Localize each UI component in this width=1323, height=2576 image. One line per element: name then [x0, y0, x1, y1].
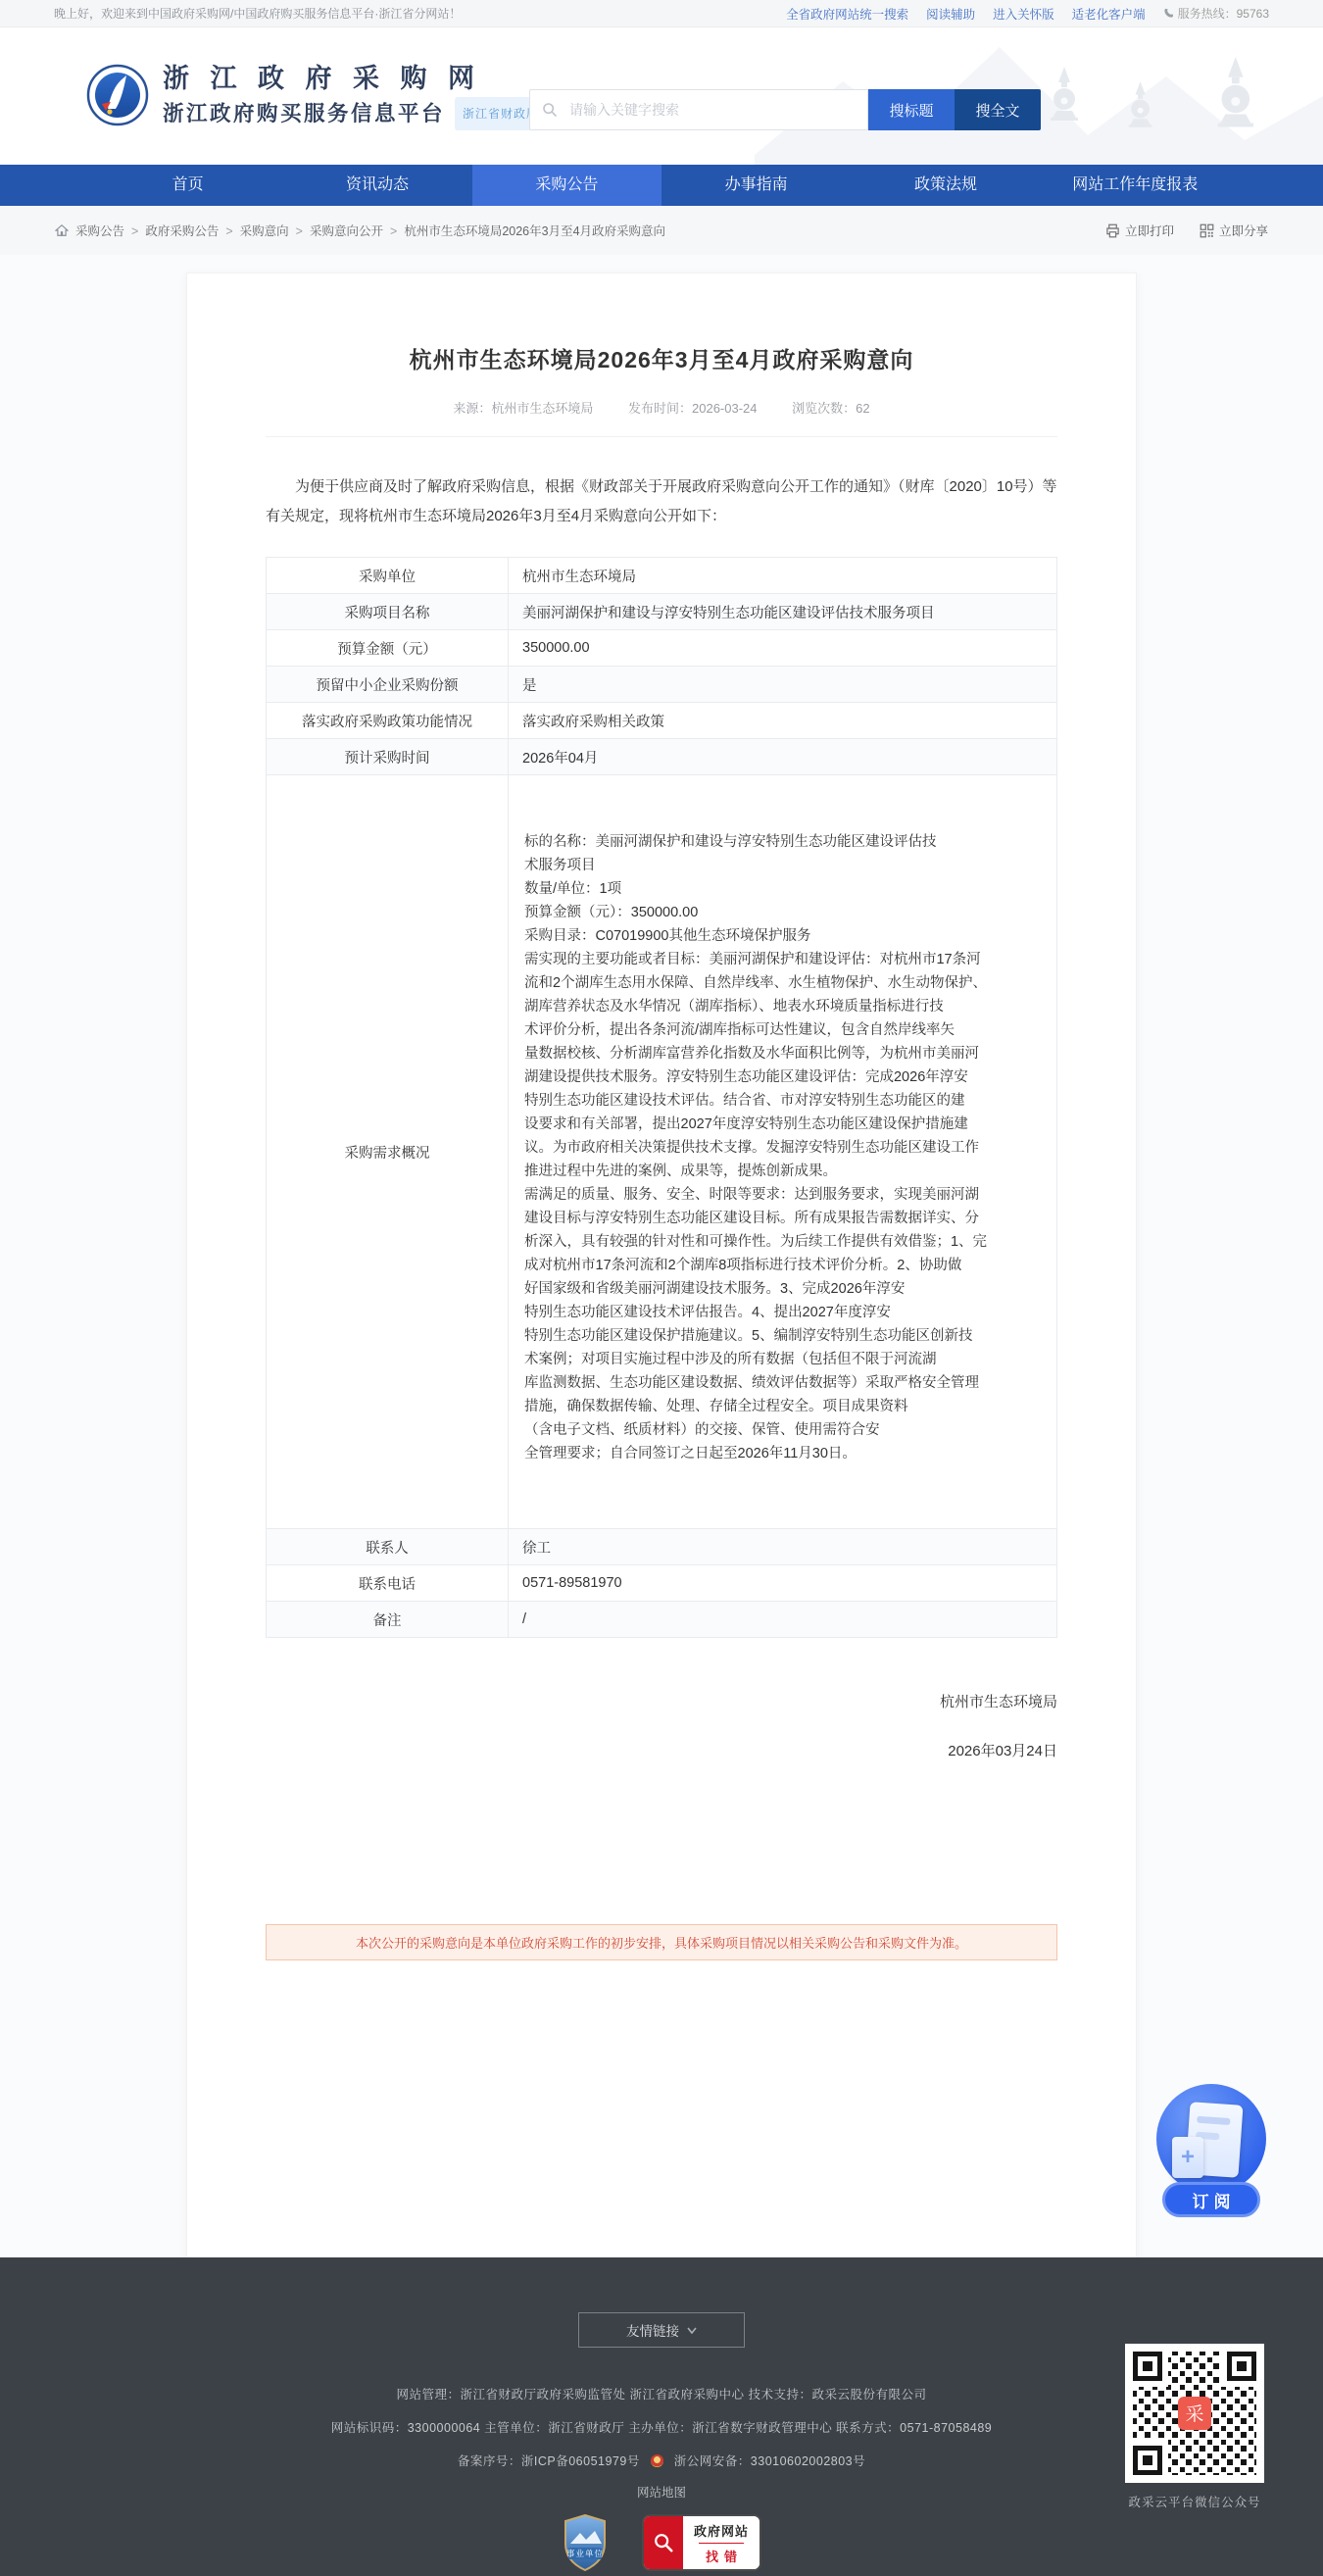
disclaimer-notice: 本次公开的采购意向是本单位政府采购工作的初步安排，具体采购项目情况以相关采购公告…: [266, 1924, 1057, 1960]
meta-views: 浏览次数：62: [792, 401, 869, 416]
breadcrumb: 采购公告 政府采购公告 采购意向 采购意向公开 杭州市生态环境局2026年3月至…: [55, 222, 665, 239]
phone-icon: [1163, 8, 1174, 19]
breadcrumb-item-2[interactable]: 采购意向: [240, 222, 310, 239]
row-label: 采购需求概况: [267, 775, 509, 1529]
article-meta: 来源：杭州市生态环境局 发布时间：2026-03-24 浏览次数：62: [266, 398, 1057, 417]
site-name: 浙 江 政 府 采 购 网: [163, 64, 547, 93]
top-utility-bar: 晚上好，欢迎来到中国政府采购网/中国政府购买服务信息平台·浙江省分网站！ 全省政…: [0, 0, 1323, 27]
search-fulltext-button[interactable]: 搜全文: [955, 89, 1041, 130]
table-row: 预算金额（元） 350000.00: [267, 630, 1057, 667]
main-nav: 首页 资讯动态 采购公告 办事指南 政策法规 网站工作年度报表: [0, 165, 1323, 206]
error-report-magnifier-icon: [644, 2516, 683, 2569]
site-logo[interactable]: 浙 江 政 府 采 购 网 浙江政府购买服务信息平台 浙江省财政厅: [86, 64, 547, 130]
site-footer: 友情链接 网站管理：浙江省财政厅政府采购监管处 浙江省政府采购中心 技术支持：政…: [0, 2257, 1323, 2576]
table-row-demand-overview: 采购需求概况 标的名称：美丽河湖保护和建设与淳安特别生态功能区建设评估技 术服务…: [267, 775, 1057, 1529]
row-value: 2026年04月: [509, 739, 1057, 775]
row-label: 联系人: [267, 1529, 509, 1565]
meta-divider: [266, 436, 1057, 437]
site-subname: 浙江政府购买服务信息平台: [163, 100, 445, 127]
breadcrumb-bar: 采购公告 政府采购公告 采购意向 采购意向公开 杭州市生态环境局2026年3月至…: [0, 206, 1323, 255]
site-search: 搜标题 搜全文: [529, 89, 1041, 130]
main-content: 杭州市生态环境局2026年3月至4月政府采购意向 来源：杭州市生态环境局 发布时…: [0, 255, 1323, 2257]
row-label: 预留中小企业采购份额: [267, 667, 509, 703]
site-title-block: 浙 江 政 府 采 购 网 浙江政府购买服务信息平台 浙江省财政厅: [163, 64, 547, 130]
national-emblem-icon: [651, 2454, 663, 2467]
reading-aid-link[interactable]: 阅读辅助: [926, 5, 975, 23]
table-row: 落实政府采购政策功能情况 落实政府采购相关政策: [267, 703, 1057, 739]
row-label: 采购项目名称: [267, 594, 509, 630]
page: 晚上好，欢迎来到中国政府采购网/中国政府购买服务信息平台·浙江省分网站！ 全省政…: [0, 0, 1323, 2576]
breadcrumb-item-3[interactable]: 采购意向公开: [310, 222, 404, 239]
table-row: 备注 /: [267, 1602, 1057, 1638]
table-row: 联系人 徐工: [267, 1529, 1057, 1565]
care-version-link[interactable]: 进入关怀版: [993, 5, 1054, 23]
sitemap-link[interactable]: 网站地图: [637, 2486, 686, 2500]
svg-text:采: 采: [1185, 2403, 1203, 2425]
print-icon: [1105, 223, 1120, 238]
table-row: 预计采购时间 2026年04月: [267, 739, 1057, 775]
share-qr-icon: [1200, 223, 1214, 238]
qr-caption: 政采云平台微信公众号: [1123, 2493, 1266, 2510]
wechat-qr-block: 采 政采云平台微信公众号: [1123, 2344, 1266, 2510]
page-actions: 立即打印 立即分享: [1105, 222, 1268, 239]
nav-item-home[interactable]: 首页: [93, 165, 282, 206]
article-card: 杭州市生态环境局2026年3月至4月政府采购意向 来源：杭州市生态环境局 发布时…: [186, 272, 1137, 2257]
row-value: 落实政府采购相关政策: [509, 703, 1057, 739]
subscribe-add-icon: +: [1172, 2137, 1203, 2178]
signature-org: 杭州市生态环境局: [266, 1693, 1057, 1712]
print-button[interactable]: 立即打印: [1105, 222, 1174, 239]
site-subname-row: 浙江政府购买服务信息平台 浙江省财政厅: [163, 97, 547, 130]
row-value: 美丽河湖保护和建设与淳安特别生态功能区建设评估技术服务项目: [509, 594, 1057, 630]
breadcrumb-item-0[interactable]: 采购公告: [75, 222, 145, 239]
breadcrumb-item-1[interactable]: 政府采购公告: [145, 222, 239, 239]
row-label: 备注: [267, 1602, 509, 1638]
gov-site-error-report-badge[interactable]: 政府网站 找错: [642, 2514, 761, 2571]
meta-source: 来源：杭州市生态环境局: [453, 401, 593, 416]
page-title: 杭州市生态环境局2026年3月至4月政府采购意向: [266, 342, 1057, 374]
row-value: 徐工: [509, 1529, 1057, 1565]
main-nav-inner: 首页 资讯动态 采购公告 办事指南 政策法规 网站工作年度报表: [93, 165, 1230, 206]
subscribe-label: 订阅: [1162, 2182, 1260, 2217]
row-value: 杭州市生态环境局: [509, 558, 1057, 594]
row-value-demand-overview: 标的名称：美丽河湖保护和建设与淳安特别生态功能区建设评估技 术服务项目 数量/单…: [509, 775, 1057, 1529]
table-row: 预留中小企业采购份额 是: [267, 667, 1057, 703]
error-badge-title: 政府网站: [694, 2521, 749, 2540]
icp-record[interactable]: 备案序号：浙ICP备06051979号: [458, 2454, 640, 2468]
signature-date: 2026年03月24日: [266, 1742, 1057, 1761]
nav-item-policies[interactable]: 政策法规: [851, 165, 1040, 206]
topbar-links: 全省政府网站统一搜索 阅读辅助 进入关怀版 适老化客户端 服务热线：95763: [786, 5, 1269, 23]
search-box: [529, 89, 868, 130]
row-label: 预计采购时间: [267, 739, 509, 775]
table-row: 采购单位 杭州市生态环境局: [267, 558, 1057, 594]
row-label: 预算金额（元）: [267, 630, 509, 667]
row-label: 联系电话: [267, 1565, 509, 1602]
nav-item-service-guide[interactable]: 办事指南: [661, 165, 851, 206]
greeting-text: 晚上好，欢迎来到中国政府采购网/中国政府购买服务信息平台·浙江省分网站！: [54, 5, 461, 22]
row-value: 0571-89581970: [509, 1565, 1057, 1602]
service-hotline: 服务热线：95763: [1163, 5, 1269, 22]
home-icon[interactable]: [55, 223, 69, 237]
row-label: 落实政府采购政策功能情况: [267, 703, 509, 739]
public-institution-badge[interactable]: 事业单位: [562, 2514, 609, 2571]
subscribe-float-button[interactable]: + 订阅: [1152, 2084, 1270, 2217]
search-input[interactable]: [529, 89, 868, 130]
security-record[interactable]: 浙公网安备：33010602002803号: [674, 2454, 865, 2468]
chevron-down-icon: [687, 2327, 697, 2334]
search-icon: [542, 102, 558, 118]
friend-links-dropdown[interactable]: 友情链接: [578, 2312, 745, 2348]
search-title-button[interactable]: 搜标题: [868, 89, 955, 130]
breadcrumb-item-current: 杭州市生态环境局2026年3月至4月政府采购意向: [404, 222, 665, 239]
nav-item-annual-report[interactable]: 网站工作年度报表: [1041, 165, 1230, 206]
row-label: 采购单位: [267, 558, 509, 594]
svg-text:事业单位: 事业单位: [566, 2549, 604, 2558]
share-button[interactable]: 立即分享: [1200, 222, 1268, 239]
signature-block: 杭州市生态环境局 2026年03月24日: [266, 1693, 1057, 1761]
row-value: 是: [509, 667, 1057, 703]
table-row: 采购项目名称 美丽河湖保护和建设与淳安特别生态功能区建设评估技术服务项目: [267, 594, 1057, 630]
row-value: /: [509, 1602, 1057, 1638]
qr-code: 采: [1125, 2344, 1264, 2483]
nav-item-news[interactable]: 资讯动态: [282, 165, 471, 206]
site-emblem-icon: [86, 64, 149, 126]
footer-badges: 事业单位 政府网站 找错: [0, 2514, 1323, 2571]
procurement-table: 采购单位 杭州市生态环境局 采购项目名称 美丽河湖保护和建设与淳安特别生态功能区…: [266, 557, 1057, 1638]
site-header: 浙 江 政 府 采 购 网 浙江政府购买服务信息平台 浙江省财政厅 搜标题 搜全…: [0, 27, 1323, 165]
unified-search-link[interactable]: 全省政府网站统一搜索: [786, 5, 908, 23]
meta-publish-time: 发布时间：2026-03-24: [628, 401, 758, 416]
intro-paragraph: 为便于供应商及时了解政府采购信息，根据《财政部关于开展政府采购意向公开工作的通知…: [266, 472, 1057, 531]
nav-item-procurement-notices[interactable]: 采购公告: [472, 165, 661, 206]
table-row: 联系电话 0571-89581970: [267, 1565, 1057, 1602]
elder-client-link[interactable]: 适老化客户端: [1072, 5, 1146, 23]
row-value: 350000.00: [509, 630, 1057, 667]
error-badge-subtitle: 找错: [700, 2547, 743, 2565]
